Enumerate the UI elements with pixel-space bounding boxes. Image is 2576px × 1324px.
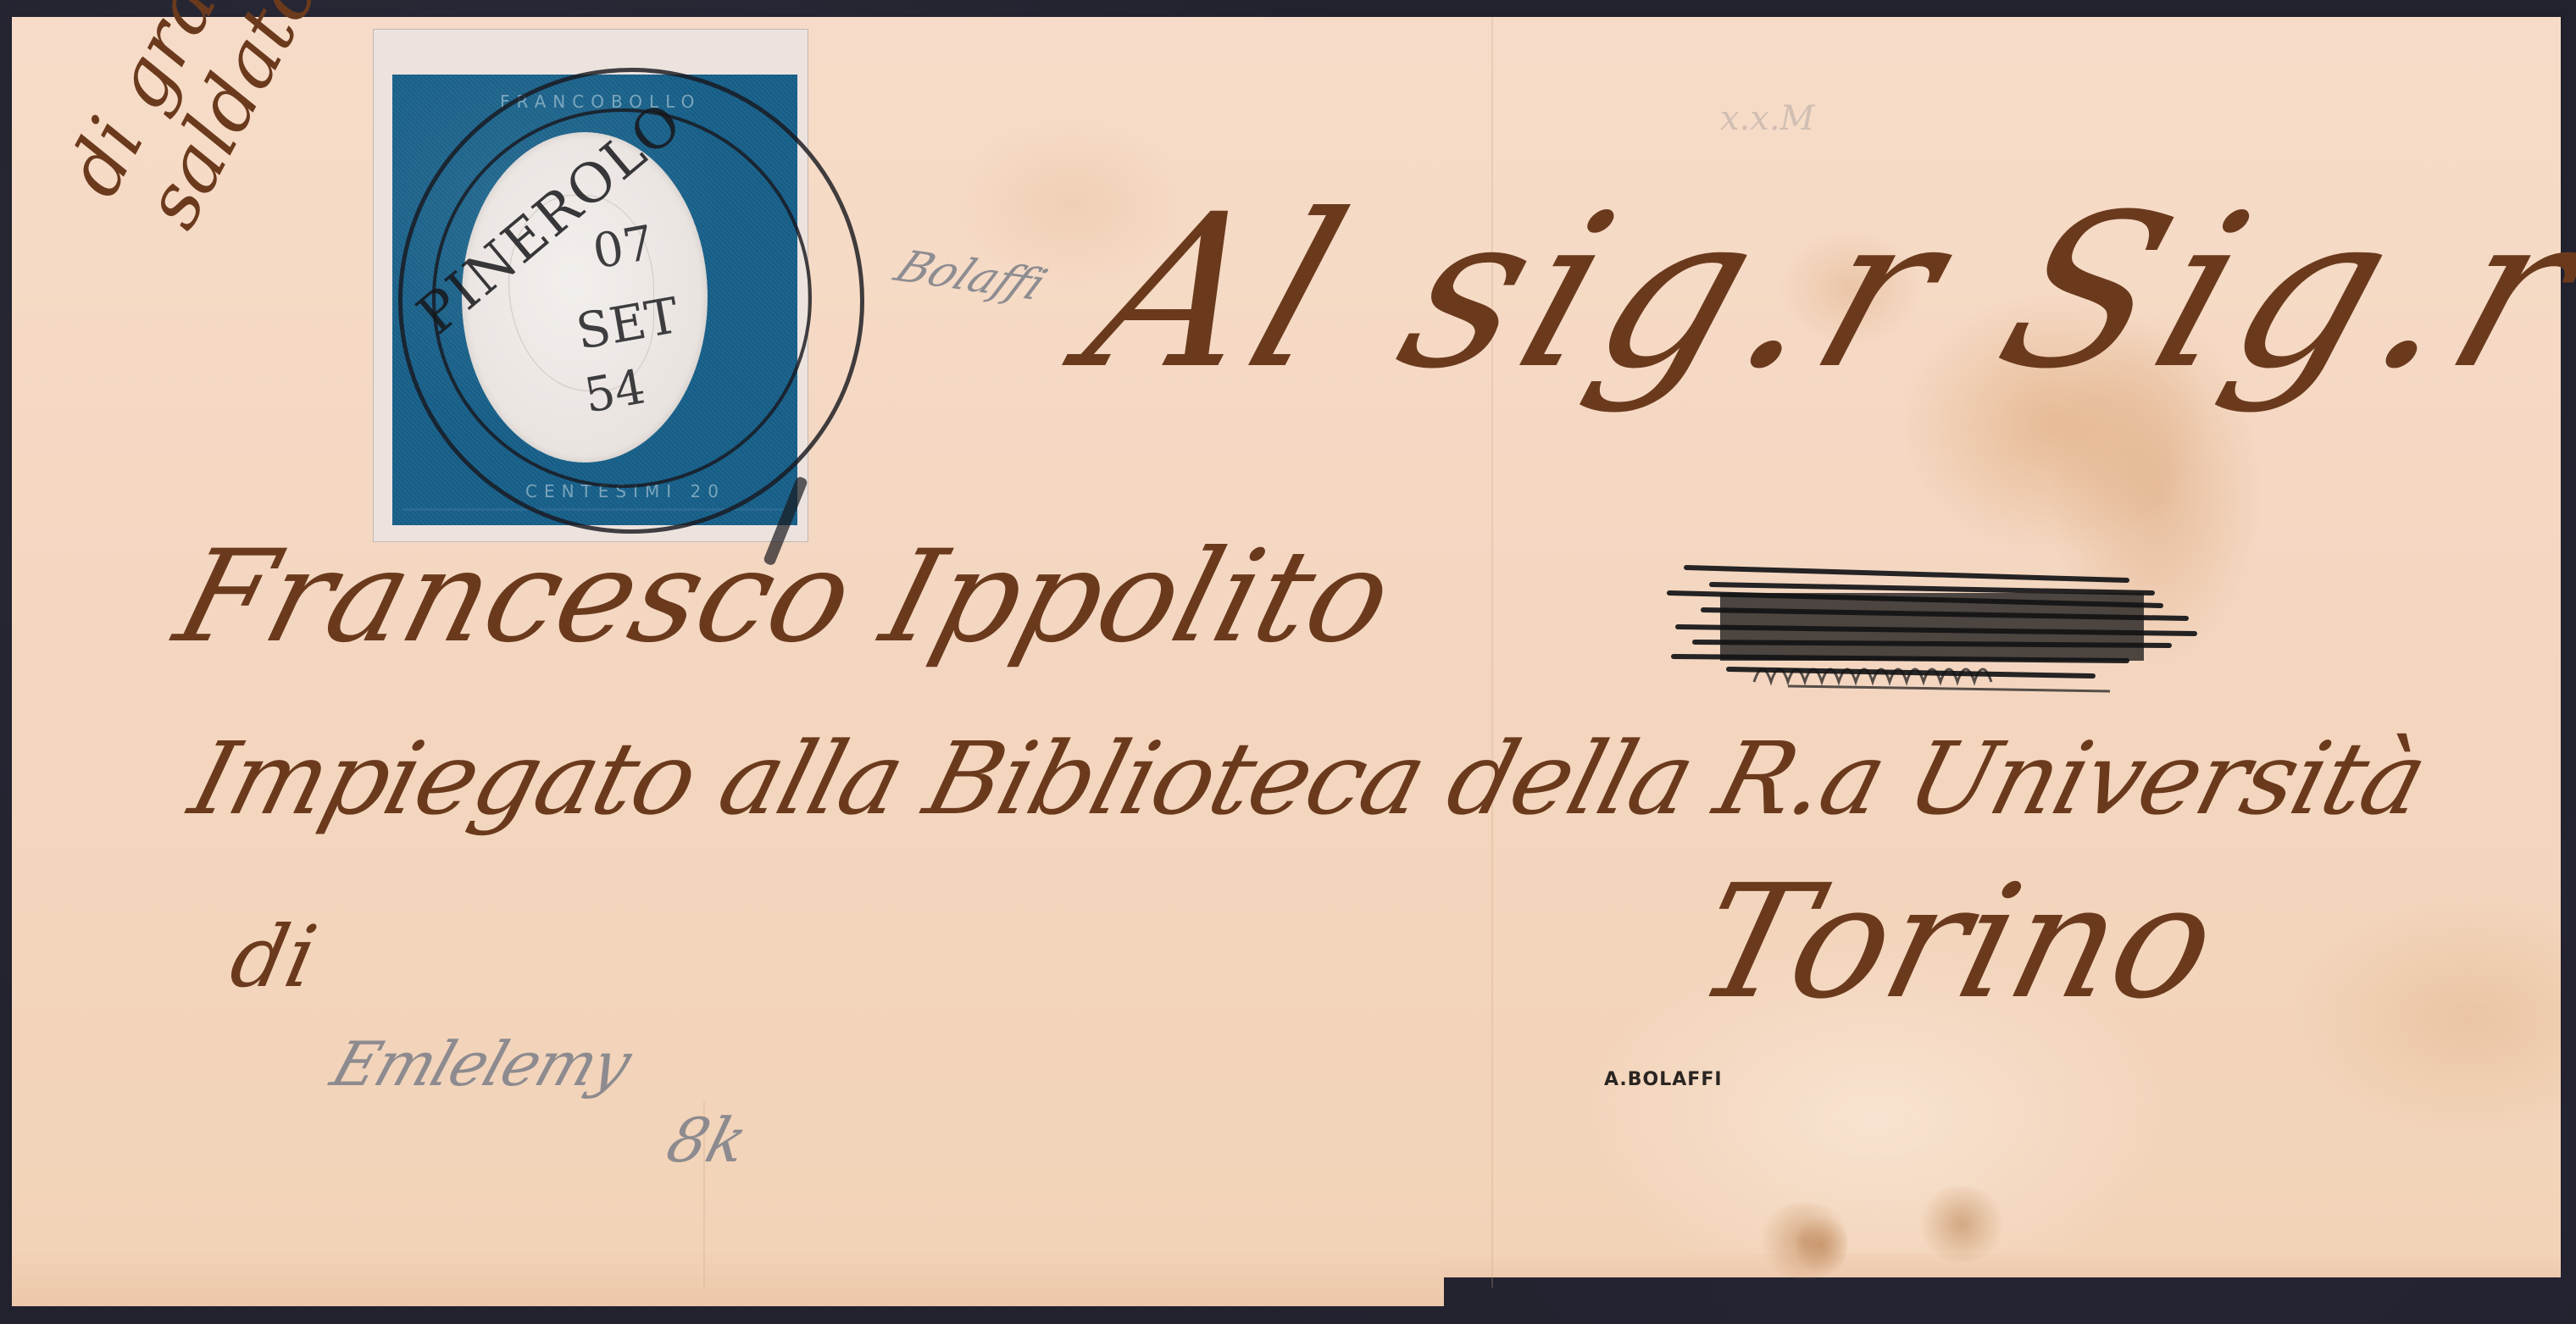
stain [1796,1211,1847,1279]
letter-bottom-flap [12,1254,1444,1306]
address-city: Torino [1684,864,2230,1021]
pencil-faint-note: x.x.M [1720,102,1815,136]
stain [1915,1186,2008,1262]
address-name: Francesco Ippolito [165,534,1404,661]
address-occupation: Impiegato alla Biblioteca della R.a Univ… [181,728,2435,828]
letter-bottom-edge [1441,1254,2561,1277]
expert-handstamp: A.BOLAFFI [1604,1069,1723,1090]
address-salutation: Al sig.r Sig.r [1067,186,2576,398]
crossed-out-scribble [1652,534,2220,695]
postmark-year: 54 [580,359,649,424]
postmark-day: 07 [589,215,658,280]
pencil-signature-bottom: Emlelemy [325,1033,636,1094]
